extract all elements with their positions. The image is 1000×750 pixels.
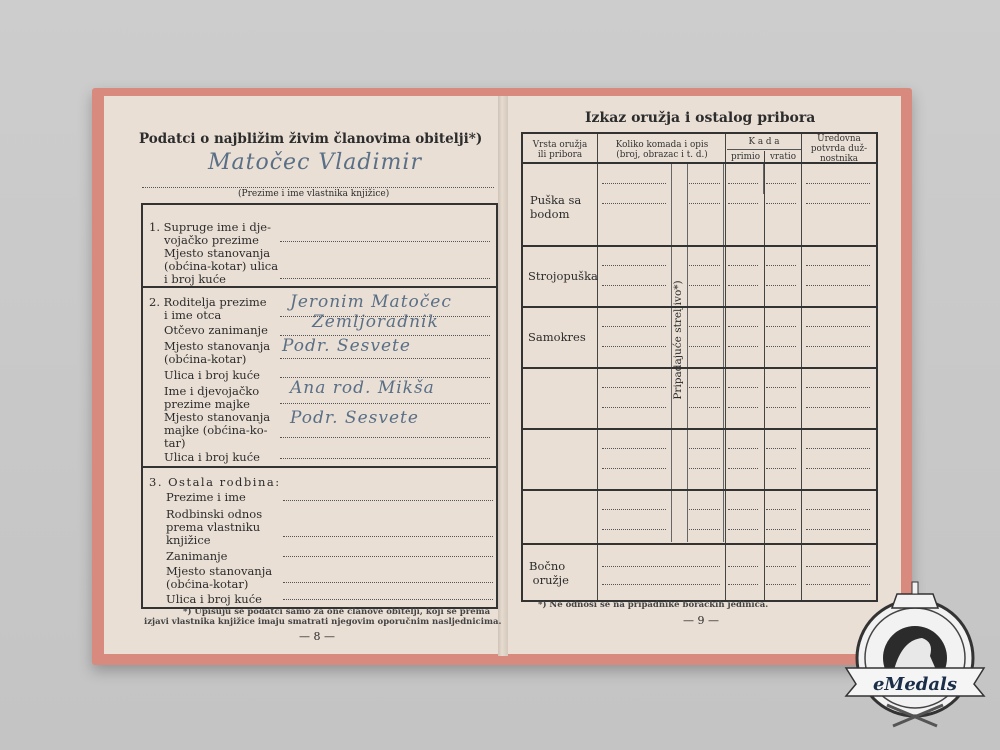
emedals-watermark-logo: eMedals — [842, 580, 988, 730]
weapon-entry-field[interactable] — [689, 387, 720, 388]
weapon-entry-field[interactable] — [806, 326, 870, 327]
label-relative-name: Prezime i ime — [166, 491, 246, 504]
col-header-conf-2: potvrda duž- — [811, 144, 867, 154]
weapon-entry-field[interactable] — [806, 203, 870, 204]
weapon-entry-field[interactable] — [766, 346, 796, 347]
weapon-entry-field[interactable] — [689, 183, 720, 184]
weapon-entry-field[interactable] — [806, 265, 870, 266]
label-relative-street: Ulica i broj kuće — [166, 593, 262, 606]
left-footnote-2: izjavi vlastnika knjižice imaju smatrati… — [144, 617, 501, 627]
weapon-entry-field[interactable] — [806, 346, 870, 347]
weapon-entry-field[interactable] — [728, 285, 758, 286]
col-header-returned: vratio — [765, 152, 801, 162]
col-divider — [764, 151, 765, 600]
col-header-qty-1: Koliko komada i opis — [616, 140, 708, 150]
weapon-entry-field[interactable] — [602, 387, 666, 388]
ammo-col-right-edge — [687, 164, 688, 542]
kada-divider — [727, 149, 801, 150]
weapon-entry-field[interactable] — [602, 468, 666, 469]
weapon-entry-field[interactable] — [602, 326, 666, 327]
field-spouse-name[interactable] — [280, 241, 490, 242]
residence-handwritten: Podr. Sesvete — [282, 336, 411, 356]
weapon-entry-field[interactable] — [602, 183, 666, 184]
row-divider — [523, 543, 876, 545]
weapon-entry-field[interactable] — [689, 265, 720, 266]
weapon-entry-field[interactable] — [728, 183, 758, 184]
weapon-entry-field[interactable] — [728, 346, 758, 347]
row-label-sidearm: Bočno oružje — [529, 559, 569, 587]
weapon-entry-field[interactable] — [602, 529, 666, 530]
label-father-occupation: Otčevo zanimanje — [164, 324, 268, 337]
divider-2 — [143, 466, 496, 468]
weapon-entry-field[interactable] — [602, 265, 666, 266]
weapon-entry-field[interactable] — [766, 387, 796, 388]
label-mother-street: Ulica i broj kuće — [164, 451, 260, 464]
weapon-entry-field[interactable] — [728, 203, 758, 204]
row-label-machine-gun: Strojopuška — [528, 269, 598, 283]
field-relative-name[interactable] — [283, 500, 493, 501]
field-mother-street[interactable] — [280, 458, 490, 459]
weapon-entry-field[interactable] — [728, 387, 758, 388]
row-divider — [523, 489, 876, 491]
field-relative-street[interactable] — [283, 599, 493, 600]
weapon-entry-field[interactable] — [689, 529, 720, 530]
row-label-sidearm-1: Bočno — [529, 559, 565, 573]
col-header-confirmation: Uredovnapotvrda duž-nostnika — [803, 134, 875, 164]
weapon-entry-field[interactable] — [806, 448, 870, 449]
weapon-entry-field[interactable] — [602, 448, 666, 449]
ammo-col-left — [723, 164, 724, 542]
weapon-entry-field[interactable] — [728, 509, 758, 510]
weapon-entry-field[interactable] — [806, 509, 870, 510]
weapon-entry-field[interactable] — [728, 468, 758, 469]
weapon-entry-field[interactable] — [689, 509, 720, 510]
label-other-relatives: 3. Ostala rodbina: — [149, 476, 281, 489]
field-mother-name[interactable] — [280, 403, 490, 404]
row-divider — [523, 306, 876, 308]
col-header-type-1: Vrsta oružja — [533, 140, 587, 150]
weapon-entry-field[interactable] — [689, 468, 720, 469]
label-occupation: Zanimanje — [166, 550, 227, 563]
weapon-entry-field[interactable] — [728, 265, 758, 266]
col-header-when: K a d a — [727, 137, 801, 147]
weapon-entry-field[interactable] — [766, 468, 796, 469]
weapon-entry-field[interactable] — [689, 326, 720, 327]
weapon-entry-field[interactable] — [689, 285, 720, 286]
label-street: Ulica i broj kuće — [164, 369, 260, 382]
weapon-entry-field[interactable] — [602, 203, 666, 204]
right-footnote: *) Ne odnosi se na pripadnike boračkih j… — [538, 600, 768, 610]
col-header-received: primio — [727, 152, 764, 162]
col-header-qty-2: (broj, obrazac i t. d.) — [616, 150, 707, 160]
row-divider — [523, 245, 876, 247]
col-header-quantity: Koliko komada i opis(broj, obrazac i t. … — [599, 140, 725, 160]
label-relative-residence-2: (obćina-kotar) — [166, 578, 248, 591]
weapon-entry-field[interactable] — [806, 468, 870, 469]
weapon-entry-field[interactable] — [806, 529, 870, 530]
owner-name-handwritten: Matočec Vladimir — [208, 150, 422, 175]
weapon-entry-field[interactable] — [689, 448, 720, 449]
weapon-entry-field[interactable] — [766, 326, 796, 327]
weapon-entry-field[interactable] — [689, 407, 720, 408]
weapon-entry-field[interactable] — [766, 529, 796, 530]
weapon-entry-field[interactable] — [728, 529, 758, 530]
row-label-rifle: Puška sabodom — [530, 193, 581, 221]
weapon-entry-field[interactable] — [689, 203, 720, 204]
weapon-entry-field[interactable] — [689, 346, 720, 347]
sidearm-entry-field[interactable] — [602, 566, 720, 567]
weapon-entry-field[interactable] — [806, 407, 870, 408]
field-relative-residence[interactable] — [283, 582, 493, 583]
left-footnote-1: *) Upisuju se podatci samo za one članov… — [183, 607, 490, 617]
row-label-rifle-2: bodom — [530, 207, 569, 221]
page-number-8: — 8 — — [299, 630, 335, 643]
label-spouse-residence-3: i broj kuće — [164, 273, 226, 286]
label-parents-2: i ime otca — [164, 309, 221, 322]
left-page-title: Podatci o najbližim živim članovima obit… — [139, 131, 482, 147]
weapon-entry-field[interactable] — [806, 183, 870, 184]
weapon-entry-field[interactable] — [806, 285, 870, 286]
weapon-entry-field[interactable] — [728, 326, 758, 327]
owner-name-caption: (Prezime i ime vlastnika knjižice) — [238, 189, 389, 199]
father-occupation-handwritten: Zemljoradnik — [312, 312, 439, 332]
divider-1 — [143, 286, 496, 288]
weapon-entry-field[interactable] — [602, 407, 666, 408]
row-divider — [523, 428, 876, 430]
col-header-conf-1: Uredovna — [817, 134, 861, 144]
row-divider — [523, 367, 876, 369]
weapon-entry-field[interactable] — [766, 509, 796, 510]
ammo-vertical-label: Pripadajuće streljivo*) — [672, 265, 684, 415]
field-occupation[interactable] — [283, 556, 493, 557]
weapon-entry-field[interactable] — [766, 203, 796, 204]
label-mother-residence-3: tar) — [164, 437, 185, 450]
owner-name-line — [142, 187, 494, 188]
row-label-sidearm-2: oružje — [533, 573, 569, 587]
booklet-spine — [498, 96, 508, 656]
field-relation[interactable] — [283, 536, 493, 537]
col-header-conf-3: nostnika — [820, 154, 858, 164]
weapon-entry-field[interactable] — [806, 387, 870, 388]
weapon-entry-field[interactable] — [766, 448, 796, 449]
emedals-emblem-icon: eMedals — [842, 580, 988, 730]
mother-name-handwritten: Ana rod. Mikša — [290, 378, 435, 398]
row-label-rifle-1: Puška sa — [530, 193, 581, 207]
weapon-entry-field[interactable] — [602, 509, 666, 510]
weapon-entry-field[interactable] — [602, 285, 666, 286]
field-spouse-residence[interactable] — [280, 278, 490, 279]
right-page-title: Izkaz oružja i ostalog pribora — [585, 110, 815, 126]
col-header-type-2: ili pribora — [538, 150, 582, 160]
weapon-entry-field[interactable] — [766, 285, 796, 286]
sidearm-entry-field[interactable] — [766, 566, 796, 567]
row-label-pistol: Samokres — [528, 330, 586, 344]
col-header-type: Vrsta oružjaili pribora — [523, 140, 597, 160]
mother-residence-handwritten: Podr. Sesvete — [290, 408, 419, 428]
sidearm-entry-field[interactable] — [728, 566, 758, 567]
weapon-entry-field[interactable] — [728, 448, 758, 449]
weapon-entry-field[interactable] — [602, 346, 666, 347]
sidearm-entry-field[interactable] — [766, 584, 796, 585]
weapon-entry-field[interactable] — [728, 407, 758, 408]
weapon-entry-field[interactable] — [766, 183, 796, 184]
sidearm-entry-field[interactable] — [602, 584, 720, 585]
sidearm-entry-field[interactable] — [728, 584, 758, 585]
father-name-handwritten: Jeronim Matočec — [290, 292, 452, 312]
label-relation-3: knjižice — [166, 534, 211, 547]
sidearm-entry-field[interactable] — [806, 566, 870, 567]
weapon-entry-field[interactable] — [766, 407, 796, 408]
field-mother-residence[interactable] — [280, 437, 490, 438]
emedals-brand-text: eMedals — [873, 674, 957, 695]
weapon-entry-field[interactable] — [766, 265, 796, 266]
field-residence[interactable] — [280, 358, 490, 359]
label-residence-2: (obćina-kotar) — [164, 353, 246, 366]
page-number-9: — 9 — — [683, 614, 719, 627]
